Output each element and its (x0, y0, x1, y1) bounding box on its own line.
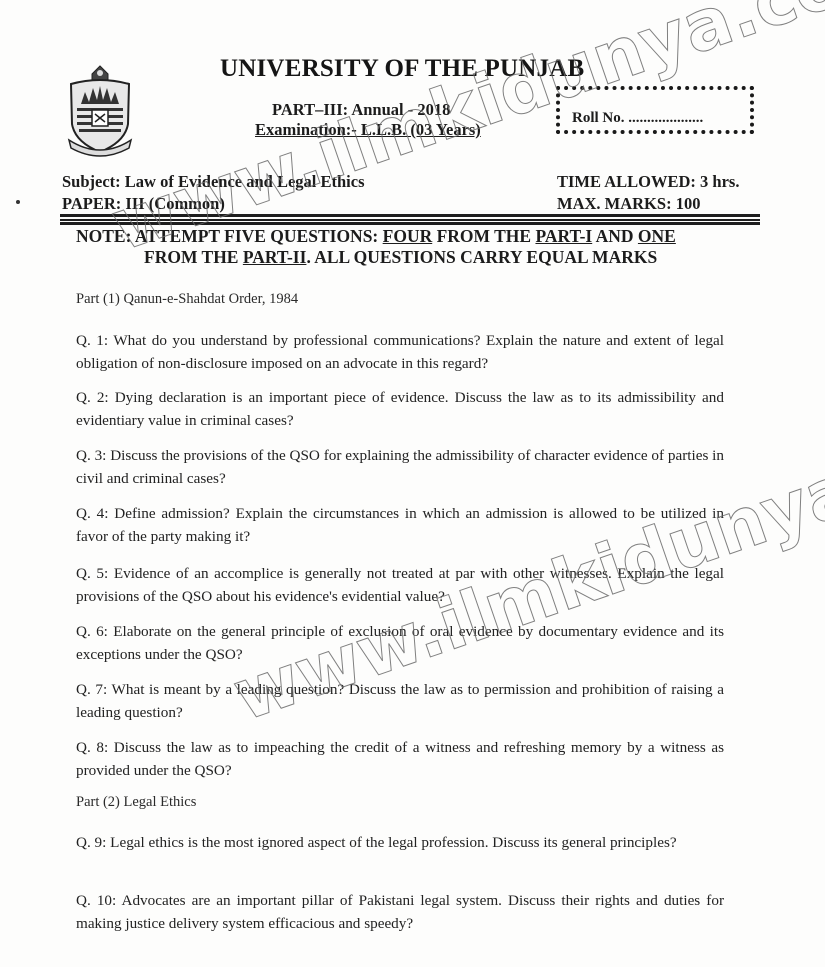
note-one: ONE (638, 226, 676, 246)
note-part-1: PART-I (535, 226, 592, 246)
header-divider (60, 219, 760, 221)
exam-part-year: PART–III: Annual - 2018 (272, 100, 450, 120)
question-10: Q. 10: Advocates are an important pillar… (76, 889, 724, 935)
examination-name: Examination:- L.L.B. (03 Years) (255, 120, 481, 140)
note-four: FOUR (383, 226, 433, 246)
question-1: Q. 1: What do you understand by professi… (76, 329, 724, 375)
max-marks: MAX. MARKS: 100 (557, 194, 700, 214)
question-5: Q. 5: Evidence of an accomplice is gener… (76, 562, 724, 608)
time-allowed: TIME ALLOWED: 3 hrs. (557, 172, 739, 192)
question-3: Q. 3: Discuss the provisions of the QSO … (76, 444, 724, 490)
question-2: Q. 2: Dying declaration is an important … (76, 386, 724, 432)
question-4: Q. 4: Define admission? Explain the circ… (76, 502, 724, 548)
question-8: Q. 8: Discuss the law as to impeaching t… (76, 736, 724, 782)
question-6: Q. 6: Elaborate on the general principle… (76, 620, 724, 666)
question-9: Q. 9: Legal ethics is the most ignored a… (76, 831, 724, 854)
instructions-note: NOTE: ATTEMPT FIVE QUESTIONS: FOUR FROM … (76, 226, 736, 268)
university-crest-icon (65, 62, 135, 162)
section-heading-part-2: Part (2) Legal Ethics (76, 794, 196, 811)
roll-number-label: Roll No. .................... (572, 110, 703, 127)
question-7: Q. 7: What is meant by a leading questio… (76, 678, 724, 724)
paper-line: PAPER: III (Common) (62, 194, 225, 214)
scan-speck (16, 200, 20, 204)
roll-number-box[interactable]: Roll No. .................... (556, 86, 754, 134)
note-text: . ALL QUESTIONS CARRY EQUAL MARKS (306, 247, 657, 267)
university-title: UNIVERSITY OF THE PUNJAB (220, 55, 584, 83)
header-divider (60, 222, 760, 225)
note-text: AND (592, 226, 638, 246)
note-text: FROM THE (144, 247, 243, 267)
subject-line: Subject: Law of Evidence and Legal Ethic… (62, 172, 365, 192)
exam-paper: UNIVERSITY OF THE PUNJAB PART–III: Annua… (0, 0, 825, 967)
note-prefix: NOTE: ATTEMPT FIVE QUESTIONS: (76, 226, 383, 246)
header-divider (60, 214, 760, 217)
note-text: FROM THE (432, 226, 535, 246)
note-part-2: PART-II (243, 247, 307, 267)
section-heading-part-1: Part (1) Qanun-e-Shahdat Order, 1984 (76, 291, 298, 308)
